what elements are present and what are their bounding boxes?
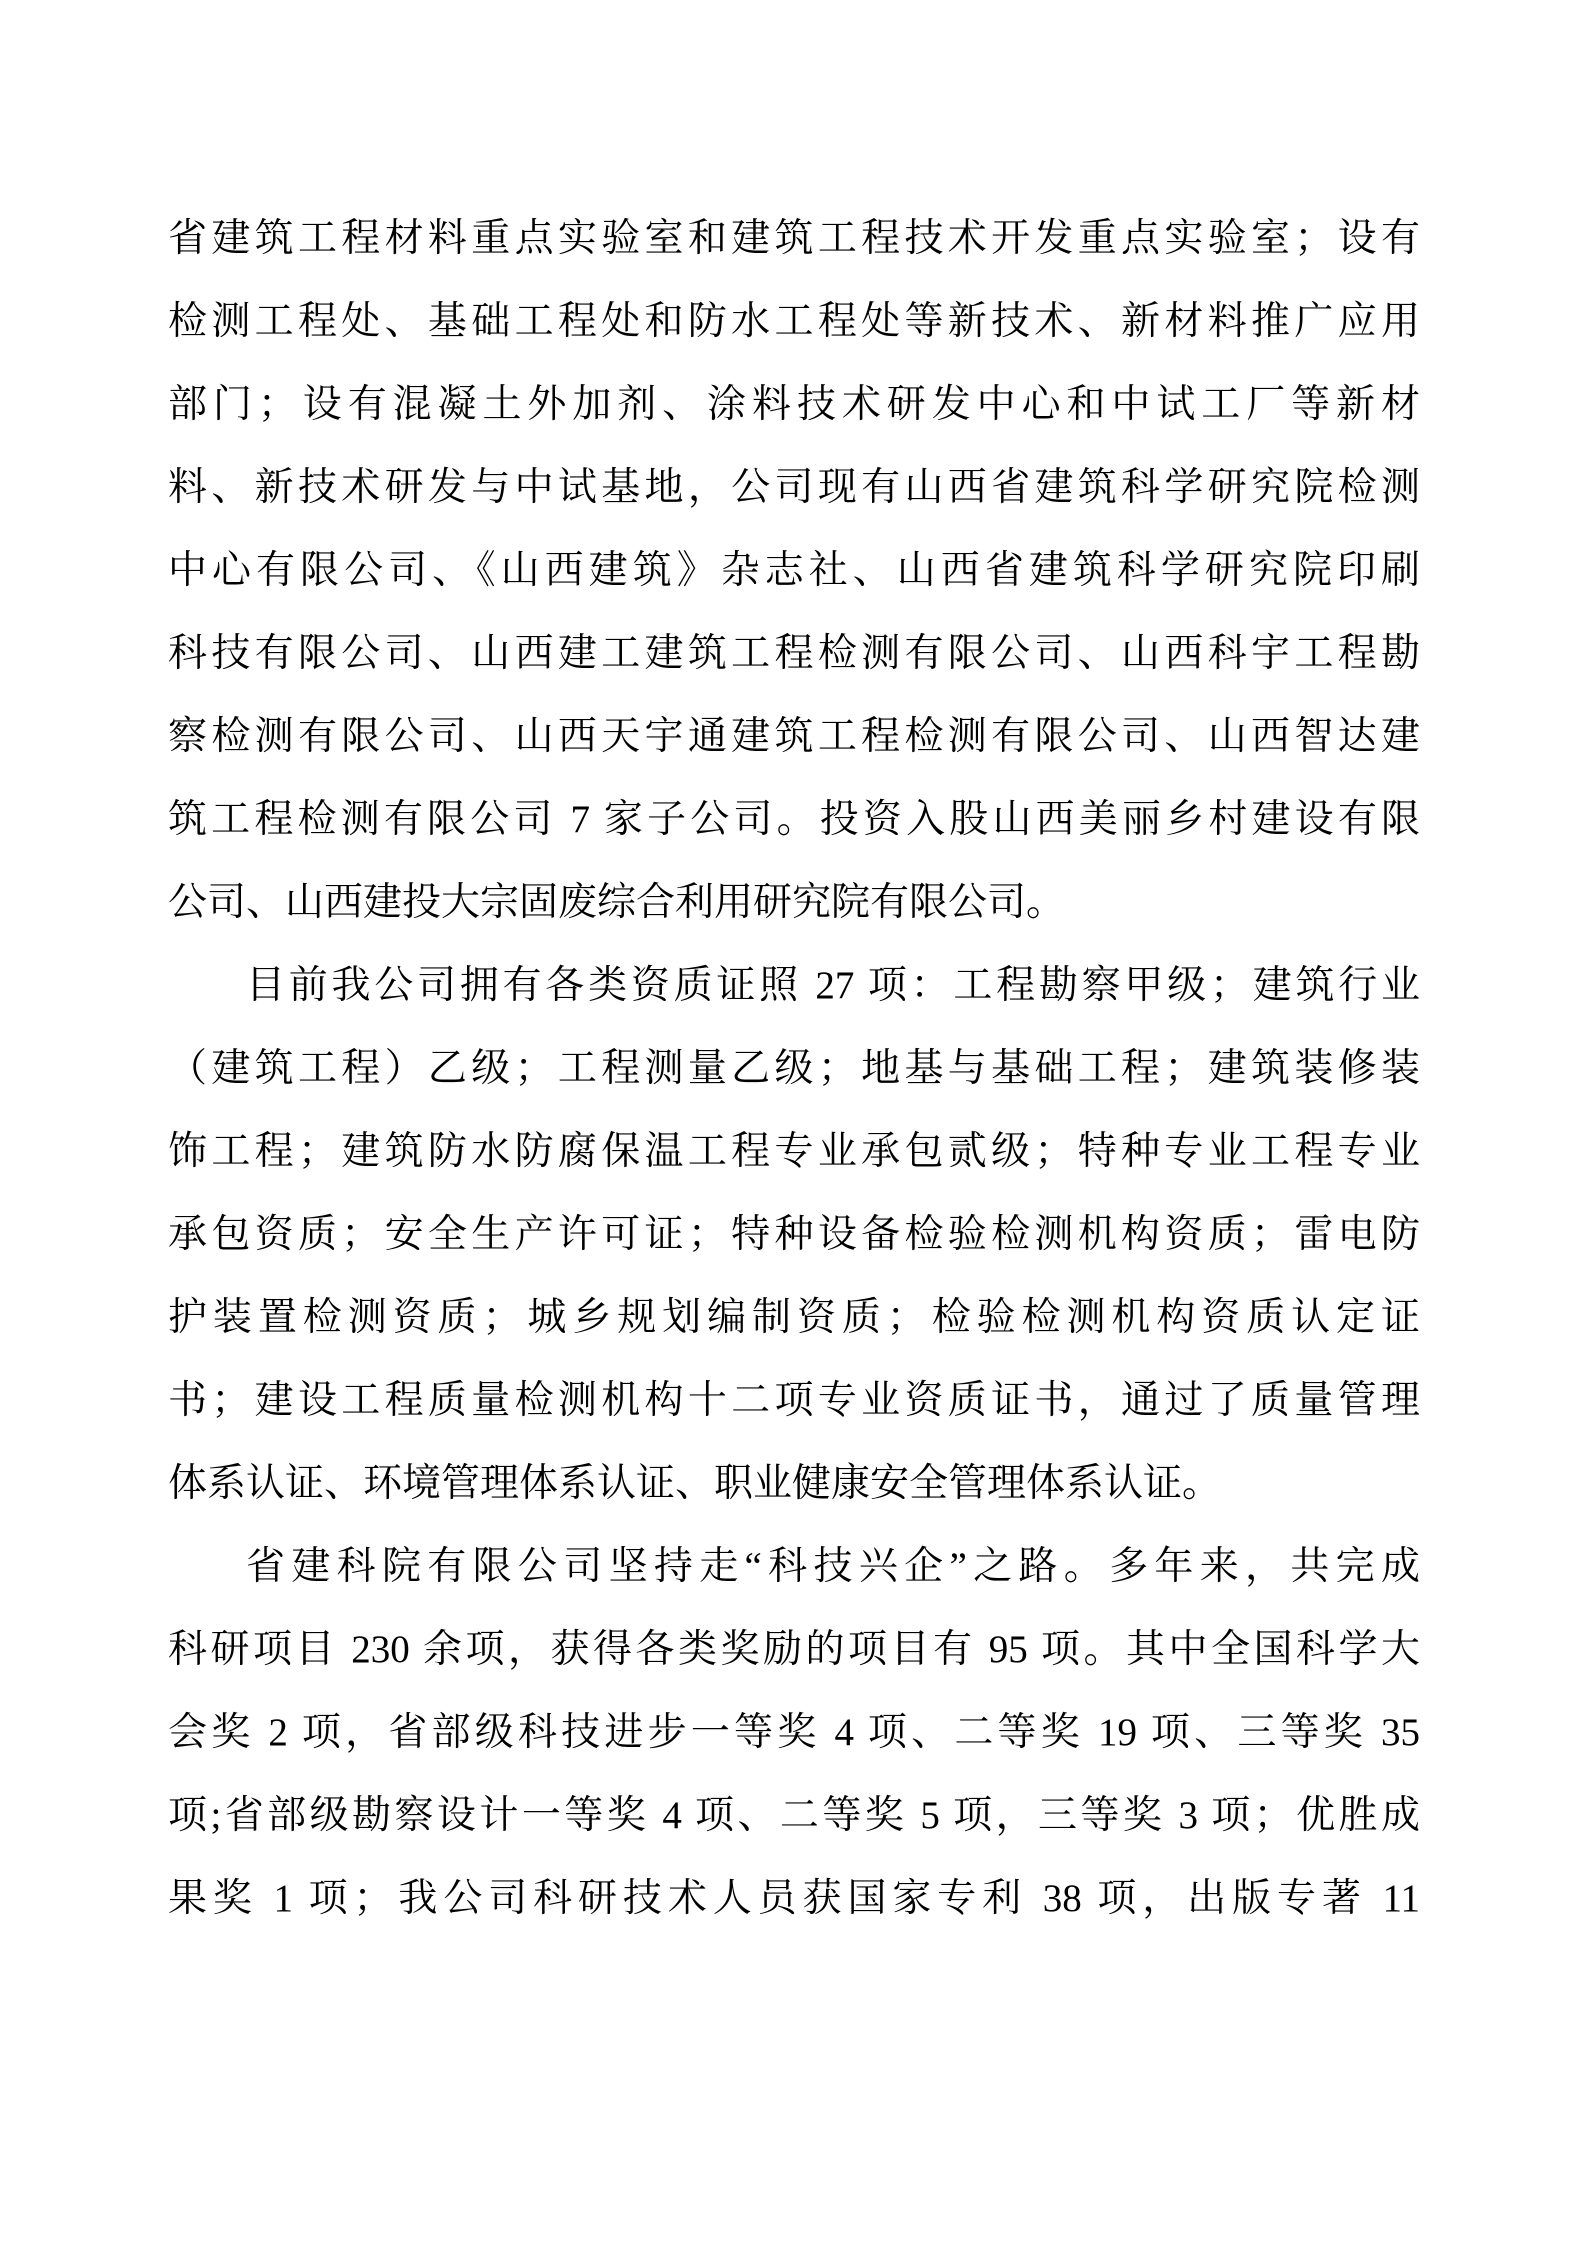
- text-line: 目前我公司拥有各类资质证照 27 项：工程勘察甲级；建筑行业: [168, 944, 1420, 1027]
- text-line: 饰工程；建筑防水防腐保温工程专业承包贰级；特种专业工程专业: [168, 1110, 1420, 1193]
- text-line: 察检测有限公司、山西天宇通建筑工程检测有限公司、山西智达建: [168, 695, 1420, 778]
- text-line: 料、新技术研发与中试基地，公司现有山西省建筑科学研究院检测: [168, 446, 1420, 529]
- text-line: 书；建设工程质量检测机构十二项专业资质证书，通过了质量管理: [168, 1359, 1420, 1442]
- text-line: 省建筑工程材料重点实验室和建筑工程技术开发重点实验室；设有: [168, 197, 1420, 280]
- document-body: 省建筑工程材料重点实验室和建筑工程技术开发重点实验室；设有检测工程处、基础工程处…: [168, 197, 1420, 1940]
- text-line: 会奖 2 项，省部级科技进步一等奖 4 项、二等奖 19 项、三等奖 35: [168, 1691, 1420, 1774]
- text-line: 公司、山西建投大宗固废综合利用研究院有限公司。: [168, 861, 1420, 944]
- text-line: 中心有限公司、《山西建筑》杂志社、山西省建筑科学研究院印刷: [168, 529, 1420, 612]
- text-line: 检测工程处、基础工程处和防水工程处等新技术、新材料推广应用: [168, 280, 1420, 363]
- text-line: 护装置检测资质；城乡规划编制资质；检验检测机构资质认定证: [168, 1276, 1420, 1359]
- paragraph-3: 省建科院有限公司坚持走“科技兴企”之路。多年来，共完成科研项目 230 余项，获…: [168, 1525, 1420, 1940]
- text-line: （建筑工程）乙级；工程测量乙级；地基与基础工程；建筑装修装: [168, 1027, 1420, 1110]
- text-line: 项;省部级勘察设计一等奖 4 项、二等奖 5 项，三等奖 3 项；优胜成: [168, 1774, 1420, 1857]
- text-line: 省建科院有限公司坚持走“科技兴企”之路。多年来，共完成: [168, 1525, 1420, 1608]
- text-line: 果奖 1 项；我公司科研技术人员获国家专利 38 项，出版专著 11: [168, 1857, 1420, 1940]
- text-line: 科技有限公司、山西建工建筑工程检测有限公司、山西科宇工程勘: [168, 612, 1420, 695]
- document-page: 省建筑工程材料重点实验室和建筑工程技术开发重点实验室；设有检测工程处、基础工程处…: [0, 0, 1587, 2245]
- text-line: 部门；设有混凝土外加剂、涂料技术研发中心和中试工厂等新材: [168, 363, 1420, 446]
- paragraph-2: 目前我公司拥有各类资质证照 27 项：工程勘察甲级；建筑行业（建筑工程）乙级；工…: [168, 944, 1420, 1525]
- text-line: 体系认证、环境管理体系认证、职业健康安全管理体系认证。: [168, 1442, 1420, 1525]
- text-line: 筑工程检测有限公司 7 家子公司。投资入股山西美丽乡村建设有限: [168, 778, 1420, 861]
- paragraph-1: 省建筑工程材料重点实验室和建筑工程技术开发重点实验室；设有检测工程处、基础工程处…: [168, 197, 1420, 944]
- text-line: 科研项目 230 余项，获得各类奖励的项目有 95 项。其中全国科学大: [168, 1608, 1420, 1691]
- text-line: 承包资质；安全生产许可证；特种设备检验检测机构资质；雷电防: [168, 1193, 1420, 1276]
